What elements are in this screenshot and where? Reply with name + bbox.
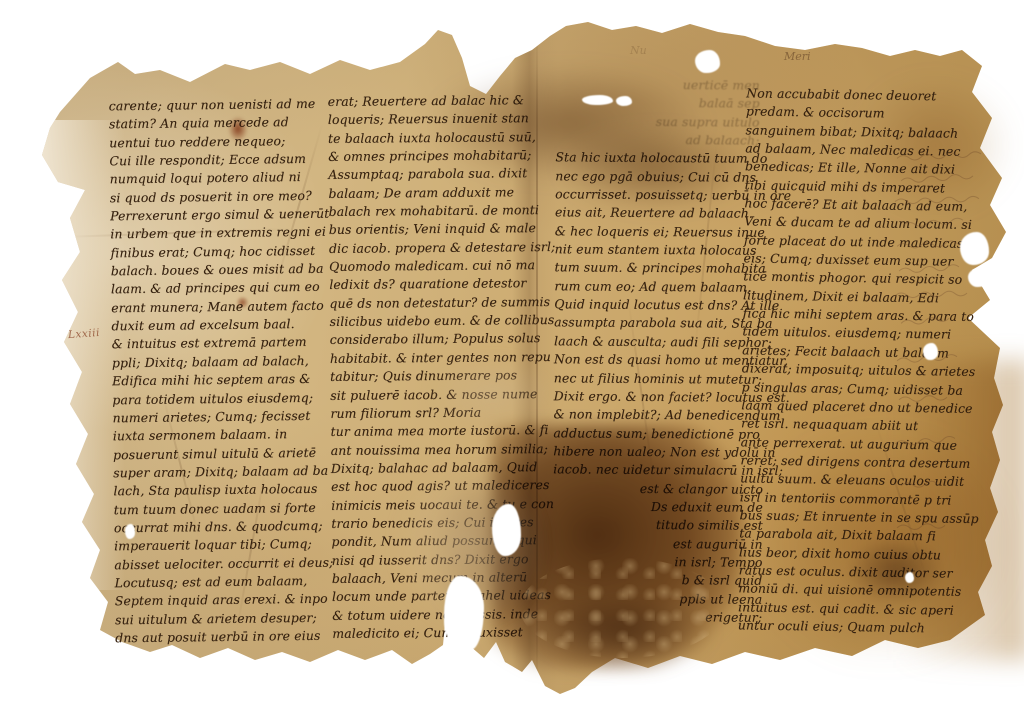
manuscript-text-line: balach rex mohabitarū. de monti [329,201,537,221]
manuscript-text-line: imperauerit loquar tibi; Cumq; [114,535,326,556]
manuscript-text-line: Ds eduxit eum de [553,497,765,517]
manuscript-text-line: maledicito ei; Cumq; duxisset [332,623,540,643]
manuscript-text-line: te balaach iuxta holocaustū suū, [328,128,536,148]
manuscript-text-line: sua supra uitulo [556,112,768,132]
manuscript-text-line: ppls ut leena [552,589,764,609]
manuscript-text-line: b & isrl quid [552,571,764,591]
manuscript-text-line: Edifica mihi hic septem aras & [112,370,324,391]
manuscript-text-line: nec ut filius hominis ut mutetur; [554,369,766,389]
parchment-hole [905,572,914,583]
manuscript-text-line: & totum uidere non possis. inde [332,605,540,625]
parchment-hole [616,96,632,106]
manuscript-text-line: uerticē men [556,75,768,95]
running-title-left: Nu [630,44,647,57]
manuscript-text-line: Septem inquid aras erexi. & inpo [115,590,327,611]
parchment-hole [582,95,613,105]
manuscript-text-line: occurrisset. posuissetq; uerbū in ore [555,185,767,205]
parchment-hole [923,343,938,360]
manuscript-text-line: posuerunt simul uitulū & arietē [113,443,325,464]
text-column-2: erat; Reuertere ad balac hic &loqueris; … [328,91,541,643]
manuscript-text-line: sit puluerē iacob. & nosse nume [330,385,538,405]
manuscript-text-line: est & clangor uicto [553,479,765,499]
manuscript-text-line: Dixitq; balahac ad balaam, Quid [331,458,539,478]
manuscript-text-line: balaam; De aram adduxit me [328,183,536,203]
parchment-hole [695,50,720,73]
manuscript-text-line: & hec loqueris ei; Reuersus inue [555,222,767,242]
manuscript-text-line: laach & ausculta; audi fili sephor; [554,332,766,352]
parchment-tear-gap [444,576,484,650]
manuscript-text-line: lach, Sta paulisp iuxta holocaus [113,480,325,501]
manuscript-text-line: silicibus uidebo eum. & de collibus [330,311,538,331]
manuscript-text-line: dic iacob. propera & detestare isrl; [329,238,537,258]
manuscript-text-line: Quid inquid locutus est dns? At ille [554,295,766,315]
manuscript-text-line: & intuitus est extremā partem [112,333,324,354]
parchment-hole [125,524,135,539]
manuscript-text-line: Quomodo maledicam. cui nō ma [329,256,537,276]
manuscript-text-line: para totidem uitulos eiusdemq; [112,388,324,409]
manuscript-text-line: nec ego pgā obuius; Cui cū dns [555,167,767,187]
manuscript-text-line: numeri arietes; Cumq; fecisset [112,407,324,428]
manuscript-text-line: balaach, Veni mecum in alterū [332,568,540,588]
manuscript-text-line: tum suum. & principes mohabita [555,259,767,279]
manuscript-text-line: habitabit. & inter gentes non repu [330,348,538,368]
manuscript-text-line: adductus sum; benedictionē pro [553,424,765,444]
manuscript-text-line: dns aut posuit uerbū in ore eius [115,627,327,648]
manuscript-text-line: loqueris; Reuersus inuenit stan [328,109,536,129]
manuscript-text-line: bus orientis; Veni inquid & male [329,220,537,240]
parchment-hole [492,504,521,556]
manuscript-text-line: nit eum stantem iuxta holocaus [555,240,767,260]
running-title-right: Meri [784,50,811,63]
manuscript-text-line: carente; quur non uenisti ad me [109,95,321,116]
manuscript-text-line: tur anima mea morte iustorū. & fi [330,421,538,441]
manuscript-text-line: untur oculi eius; Quam pulch [738,616,956,638]
manuscript-text-line: est hoc quod agis? ut malediceres [331,476,539,496]
manuscript-text-line: & omnes principes mohabitarū; [328,146,536,166]
manuscript-text-line: numquid loqui potero aliud ni [110,168,322,189]
manuscript-text-line: tum tuum donec uadam si forte [114,498,326,519]
manuscript-text-line: considerabo illum; Populus solus [330,330,538,350]
manuscript-text-line: quē ds non detestatur? de summis [329,293,537,313]
manuscript-text-line: iacob. nec uidetur simulacrū in isrl; [553,460,765,480]
manuscript-text-line: Sta hic iuxta holocaustū tuum do [555,149,767,169]
manuscript-text-line: ant nouissima mea horum similia; [331,440,539,460]
manuscript-photo: Nu Meri Lxxiii carente; quur non uenisti… [0,0,1024,712]
manuscript-text-line: erat; Reuertere ad balac hic & [328,91,536,111]
manuscript-text-line: Non est ds quasi homo ut mentiatur, [554,350,766,370]
manuscript-text-line: Assumptaq; parabola sua. dixit [328,164,536,184]
manuscript-text-line: eius ait, Reuertere ad balaach. [555,204,767,224]
manuscript-text-line: in isrl; Tempo [552,552,764,572]
manuscript-text-line: ledixit ds? quaratione detestor [329,275,537,295]
manuscript-text-line: ad balaach; [555,130,767,150]
margin-chapter-numeral: Lxxiii [68,327,101,341]
manuscript-text-line: locum unde partem israhel uideas [332,586,540,606]
parchment-hole [968,268,989,287]
manuscript-text-line: rum filiorum srl? Moria [330,403,538,423]
margin-gloss-squiggles [893,148,1018,568]
manuscript-text-line: hibere non ualeo; Non est ydolū in [553,442,765,462]
manuscript-text-line: erigetur; [552,607,764,627]
manuscript-text-line: assumpta parabola sua ait, Sta ba [554,314,766,334]
manuscript-text-line: tabitur; Quis dinumerare pos [330,366,538,386]
parchment-hole [960,232,989,265]
manuscript-text-line: titudo similis est [553,516,765,536]
text-column-3: uerticē menbalaā sepsua supra uituload b… [552,75,768,627]
manuscript-text-line: & non implebit?; Ad benedicendum [553,405,765,425]
text-column-1: carente; quur non uenisti ad mestatim? A… [109,95,328,648]
manuscript-text-line: Dixit ergo. & non faciet? locutus est. [554,387,766,407]
manuscript-text-line: rum cum eo; Ad quem balaam, [554,277,766,297]
manuscript-text-line: est auguriū in [553,534,765,554]
manuscript-text-line: in urbem que in extremis regni ei [110,223,322,244]
manuscript-text-line: laam. & ad principes qui cum eo [111,278,323,299]
